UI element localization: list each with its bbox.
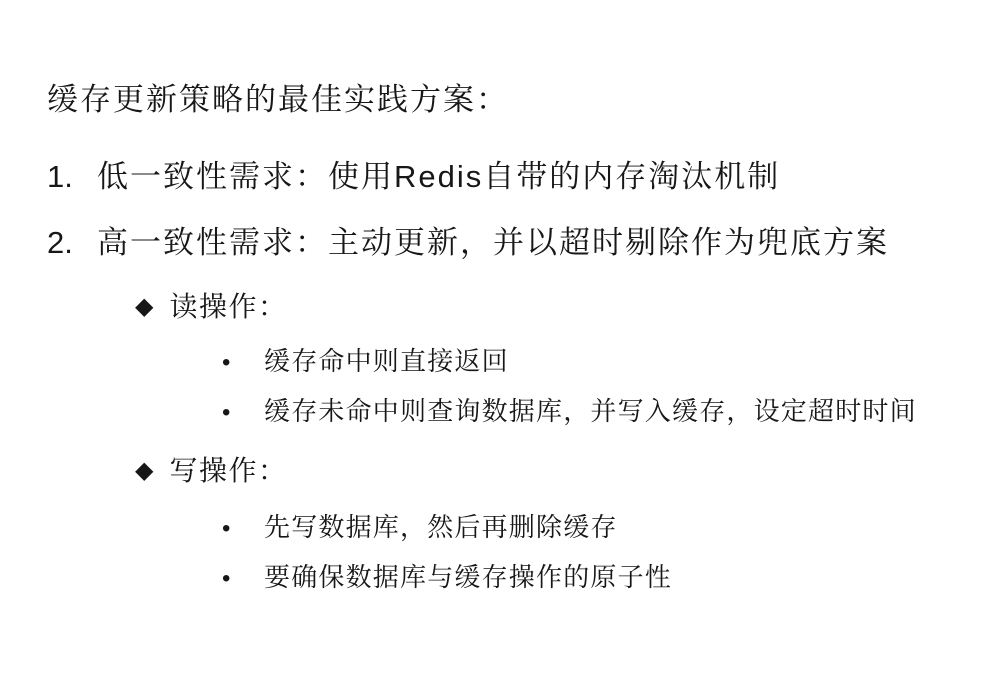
diamond-bullet-icon: ◆ [135,457,153,485]
bullet-item: •要确保数据库与缓存操作的原子性 [222,563,672,593]
notes-slide: 缓存更新策略的最佳实践方案： 1.低一致性需求：使用Redis自带的内存淘汰机制… [0,0,1008,690]
list-item-text: 高一致性需求：主动更新，并以超时剔除作为兜底方案 [97,225,889,260]
numbered-item-1: 1.低一致性需求：使用Redis自带的内存淘汰机制 [47,159,780,195]
list-number: 2. [47,225,97,261]
bullet-text: 缓存命中则直接返回 [264,346,509,376]
dot-bullet-icon: • [222,349,264,377]
dot-bullet-icon: • [222,515,264,543]
dot-bullet-icon: • [222,399,264,427]
bullet-item: •缓存命中则直接返回 [222,347,509,377]
bullet-text: 先写数据库，然后再删除缓存 [264,512,618,542]
dot-bullet-icon: • [222,565,264,593]
section-heading: 写操作： [169,455,287,486]
bullet-text: 缓存未命中则查询数据库，并写入缓存，设定超时时间 [264,396,917,426]
diamond-bullet-icon: ◆ [135,293,153,321]
list-number: 1. [47,159,97,195]
bullet-item: •先写数据库，然后再删除缓存 [222,513,618,543]
section-read-operations: ◆读操作： [135,291,287,323]
page-title: 缓存更新策略的最佳实践方案： [47,82,509,118]
bullet-text: 要确保数据库与缓存操作的原子性 [264,562,672,592]
numbered-item-2: 2.高一致性需求：主动更新，并以超时剔除作为兜底方案 [47,225,889,261]
list-item-text: 低一致性需求：使用Redis自带的内存淘汰机制 [97,159,780,194]
bullet-item: •缓存未命中则查询数据库，并写入缓存，设定超时时间 [222,397,917,427]
section-heading: 读操作： [169,291,287,322]
section-write-operations: ◆写操作： [135,455,287,487]
